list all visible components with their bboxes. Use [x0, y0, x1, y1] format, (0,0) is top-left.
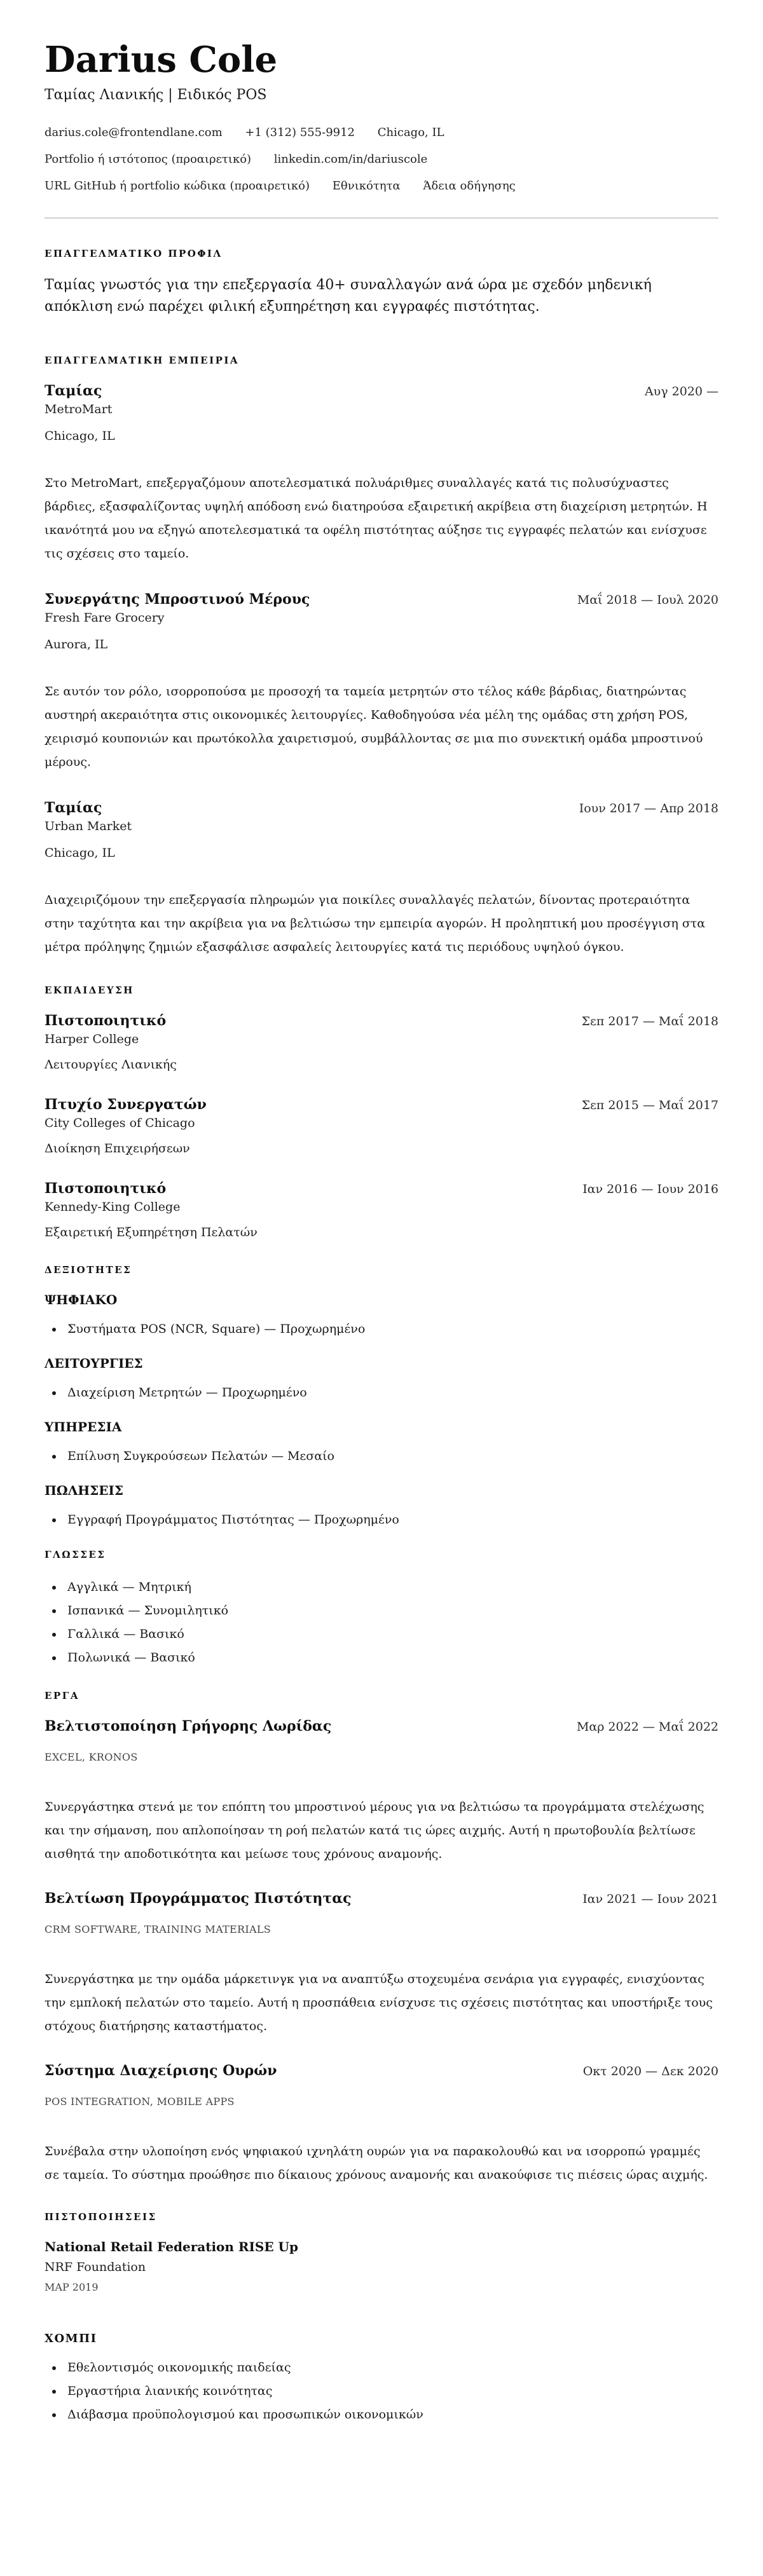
education-entry: ΠιστοποιητικόΣεπ 2017 — Μαΐ 2018Harper C… — [45, 1011, 718, 1073]
project-description: Συνεργάστηκα στενά με τον επόπτη του μπρ… — [45, 1796, 718, 1866]
section-title-certifications: ΠΙΣΤΟΠΟΙΗΣΕΙΣ — [45, 2210, 718, 2224]
project-description: Συνέβαλα στην υλοποίηση ενός ψηφιακού ιχ… — [45, 2140, 718, 2187]
skill-item: Επίλυση Συγκρούσεων Πελατών — Μεσαίο — [64, 1447, 718, 1465]
portfolio-link[interactable]: Portfolio ή ιστότοπος (προαιρετικό) — [45, 153, 251, 166]
hobby-item: Εθελοντισμός οικονομικής παιδείας — [64, 2356, 718, 2380]
project-description: Συνεργάστηκα με την ομάδα μάρκετινγκ για… — [45, 1968, 718, 2038]
education-entry: ΠιστοποιητικόΙαν 2016 — Ιουν 2016Kennedy… — [45, 1179, 718, 1241]
entry-header: ΤαμίαςΑυγ 2020 — — [45, 381, 718, 400]
section-title-hobbies: ΧΟΜΠΙ — [45, 2331, 718, 2347]
school-name: Kennedy-King College — [45, 1198, 718, 1216]
education-entry: Πτυχίο ΣυνεργατώνΣεπ 2015 — Μαΐ 2017City… — [45, 1095, 718, 1157]
email-link[interactable]: darius.cole@frontendlane.com — [45, 126, 223, 139]
degree-title: Πτυχίο Συνεργατών — [45, 1095, 207, 1114]
job-dates: Αυγ 2020 — — [645, 383, 718, 400]
education-dates: Σεπ 2015 — Μαΐ 2017 — [582, 1096, 718, 1114]
project-tech: CRM SOFTWARE, TRAINING MATERIALS — [45, 1922, 718, 1937]
education-section: ΕΚΠΑΙΔΕΥΣΗ ΠιστοποιητικόΣεπ 2017 — Μαΐ 2… — [45, 983, 718, 1241]
field-of-study: Διοίκηση Επιχειρήσεων — [45, 1140, 718, 1157]
certification-name: National Retail Federation RISE Up — [45, 2238, 718, 2256]
project-title: Βελτιστοποίηση Γρήγορης Λωρίδας — [45, 1717, 331, 1736]
school-name: Harper College — [45, 1030, 718, 1048]
skill-item: Εγγραφή Προγράμματος Πιστότητας — Προχωρ… — [64, 1511, 718, 1529]
project-entry: Βελτίωση Προγράμματος ΠιστότηταςΙαν 2021… — [45, 1889, 718, 2038]
job-title: Ταμίας — [45, 381, 102, 400]
certification-entry: National Retail Federation RISE UpNRF Fo… — [45, 2238, 718, 2295]
project-dates: Οκτ 2020 — Δεκ 2020 — [583, 2062, 718, 2080]
languages-section: ΓΛΩΣΣΕΣ Αγγλικά — ΜητρικήΙσπανικά — Συνο… — [45, 1548, 718, 1670]
skill-list: Συστήματα POS (NCR, Square) — Προχωρημέν… — [45, 1320, 718, 1338]
entry-header: Συνεργάτης Μπροστινού ΜέρουςΜαΐ 2018 — Ι… — [45, 590, 718, 609]
entry-header: Βελτιστοποίηση Γρήγορης ΛωρίδαςΜαρ 2022 … — [45, 1717, 718, 1736]
job-description: Σε αυτόν τον ρόλο, ισορροπούσα με προσοχ… — [45, 680, 718, 774]
section-title-profile: ΕΠΑΓΓΕΛΜΑΤΙΚΟ ΠΡΟΦΙΛ — [45, 247, 718, 261]
field-of-study: Λειτουργίες Λιανικής — [45, 1056, 718, 1073]
language-item: Αγγλικά — Μητρική — [64, 1576, 718, 1599]
project-title: Βελτίωση Προγράμματος Πιστότητας — [45, 1889, 352, 1908]
school-name: City Colleges of Chicago — [45, 1114, 718, 1132]
skill-list: Επίλυση Συγκρούσεων Πελατών — Μεσαίο — [45, 1447, 718, 1465]
entry-header: ΠιστοποιητικόΣεπ 2017 — Μαΐ 2018 — [45, 1011, 718, 1030]
contact-row-2: Portfolio ή ιστότοπος (προαιρετικό) link… — [45, 151, 718, 168]
section-title-skills: ΔΕΞΙΟΤΗΤΕΣ — [45, 1263, 718, 1277]
contact-row-3: URL GitHub ή portfolio κώδικα (προαιρετι… — [45, 178, 718, 194]
project-dates: Ιαν 2021 — Ιουν 2021 — [582, 1890, 718, 1908]
header-divider — [45, 217, 718, 219]
company-name: MetroMart — [45, 400, 718, 418]
project-tech: POS INTEGRATION, MOBILE APPS — [45, 2094, 718, 2109]
candidate-name: Darius Cole — [45, 37, 718, 83]
field-of-study: Εξαιρετική Εξυπηρέτηση Πελατών — [45, 1223, 718, 1241]
section-title-languages: ΓΛΩΣΣΕΣ — [45, 1548, 718, 1562]
github-link[interactable]: URL GitHub ή portfolio κώδικα (προαιρετι… — [45, 179, 310, 193]
job-description: Στο MetroMart, επεξεργαζόμουν αποτελεσμα… — [45, 472, 718, 566]
headline: Ταμίας Λιανικής | Ειδικός POS — [45, 85, 718, 106]
entry-header: Σύστημα Διαχείρισης ΟυρώνΟκτ 2020 — Δεκ … — [45, 2061, 718, 2080]
hobby-item: Εργαστήρια λιανικής κοινότητας — [64, 2380, 718, 2403]
experience-entry: ΤαμίαςΑυγ 2020 —MetroMartChicago, ILΣτο … — [45, 381, 718, 566]
projects-section: ΕΡΓΑ Βελτιστοποίηση Γρήγορης ΛωρίδαςΜαρ … — [45, 1689, 718, 2187]
degree-title: Πιστοποιητικό — [45, 1179, 166, 1198]
section-title-experience: ΕΠΑΓΓΕΛΜΑΤΙΚΗ ΕΜΠΕΙΡΙΑ — [45, 353, 718, 367]
skill-group-title: ΠΩΛΗΣΕΙΣ — [45, 1482, 718, 1499]
project-tech: EXCEL, KRONOS — [45, 1750, 718, 1765]
project-entry: Βελτιστοποίηση Γρήγορης ΛωρίδαςΜαρ 2022 … — [45, 1717, 718, 1866]
contact-row-1: darius.cole@frontendlane.com +1 (312) 55… — [45, 125, 718, 141]
hobbies-list: Εθελοντισμός οικονομικής παιδείαςΕργαστή… — [45, 2356, 718, 2427]
nationality: Εθνικότητα — [333, 179, 401, 193]
profile-text: Ταμίας γνωστός για την επεξεργασία 40+ σ… — [45, 275, 718, 318]
entry-header: Βελτίωση Προγράμματος ΠιστότηταςΙαν 2021… — [45, 1889, 718, 1908]
job-location: Chicago, IL — [45, 427, 718, 445]
job-location: Chicago, IL — [45, 844, 718, 862]
certifications-section: ΠΙΣΤΟΠΟΙΗΣΕΙΣ National Retail Federation… — [45, 2210, 718, 2295]
experience-entry: Συνεργάτης Μπροστινού ΜέρουςΜαΐ 2018 — Ι… — [45, 590, 718, 774]
phone-link[interactable]: +1 (312) 555-9912 — [245, 126, 355, 139]
job-title: Συνεργάτης Μπροστινού Μέρους — [45, 590, 310, 609]
driving-license: Άδεια οδήγησης — [423, 179, 515, 193]
job-dates: Μαΐ 2018 — Ιουλ 2020 — [577, 591, 718, 609]
section-title-education: ΕΚΠΑΙΔΕΥΣΗ — [45, 983, 718, 997]
skill-group-title: ΨΗΦΙΑΚΟ — [45, 1291, 718, 1309]
job-location: Aurora, IL — [45, 636, 718, 653]
experience-entry: ΤαμίαςΙουν 2017 — Απρ 2018Urban MarketCh… — [45, 798, 718, 959]
company-name: Fresh Fare Grocery — [45, 609, 718, 627]
certification-date: ΜΑΡ 2019 — [45, 2280, 718, 2295]
skills-section: ΔΕΞΙΟΤΗΤΕΣ ΨΗΦΙΑΚΟΣυστήματα POS (NCR, Sq… — [45, 1263, 718, 1529]
language-item: Πολωνικά — Βασικό — [64, 1646, 718, 1670]
job-title: Ταμίας — [45, 798, 102, 817]
hobby-item: Διάβασμα προϋπολογισμού και προσωπικών ο… — [64, 2403, 718, 2427]
languages-list: Αγγλικά — ΜητρικήΙσπανικά — Συνομιλητικό… — [45, 1576, 718, 1670]
linkedin-link[interactable]: linkedin.com/in/dariuscole — [274, 153, 428, 166]
education-dates: Ιαν 2016 — Ιουν 2016 — [582, 1180, 718, 1198]
degree-title: Πιστοποιητικό — [45, 1011, 166, 1030]
entry-header: Πτυχίο ΣυνεργατώνΣεπ 2015 — Μαΐ 2017 — [45, 1095, 718, 1114]
job-dates: Ιουν 2017 — Απρ 2018 — [579, 800, 718, 817]
company-name: Urban Market — [45, 817, 718, 835]
project-dates: Μαρ 2022 — Μαΐ 2022 — [577, 1718, 718, 1736]
entry-header: ΠιστοποιητικόΙαν 2016 — Ιουν 2016 — [45, 1179, 718, 1198]
profile-section: ΕΠΑΓΓΕΛΜΑΤΙΚΟ ΠΡΟΦΙΛ Ταμίας γνωστός για … — [45, 247, 718, 318]
skill-group-title: ΛΕΙΤΟΥΡΓΙΕΣ — [45, 1354, 718, 1372]
skill-item: Διαχείριση Μετρητών — Προχωρημένο — [64, 1384, 718, 1401]
entry-header: ΤαμίαςΙουν 2017 — Απρ 2018 — [45, 798, 718, 817]
section-title-projects: ΕΡΓΑ — [45, 1689, 718, 1703]
skill-list: Διαχείριση Μετρητών — Προχωρημένο — [45, 1384, 718, 1401]
language-item: Γαλλικά — Βασικό — [64, 1623, 718, 1646]
certification-org: NRF Foundation — [45, 2258, 718, 2276]
location: Chicago, IL — [378, 126, 444, 139]
experience-section: ΕΠΑΓΓΕΛΜΑΤΙΚΗ ΕΜΠΕΙΡΙΑ ΤαμίαςΑυγ 2020 —M… — [45, 353, 718, 959]
hobbies-section: ΧΟΜΠΙ Εθελοντισμός οικονομικής παιδείαςΕ… — [45, 2331, 718, 2427]
language-item: Ισπανικά — Συνομιλητικό — [64, 1599, 718, 1623]
project-title: Σύστημα Διαχείρισης Ουρών — [45, 2061, 277, 2080]
resume-page: Darius Cole Ταμίας Λιανικής | Ειδικός PO… — [0, 0, 763, 2481]
skill-list: Εγγραφή Προγράμματος Πιστότητας — Προχωρ… — [45, 1511, 718, 1529]
job-description: Διαχειριζόμουν την επεξεργασία πληρωμών … — [45, 889, 718, 959]
project-entry: Σύστημα Διαχείρισης ΟυρώνΟκτ 2020 — Δεκ … — [45, 2061, 718, 2187]
skill-item: Συστήματα POS (NCR, Square) — Προχωρημέν… — [64, 1320, 718, 1338]
skill-group-title: ΥΠΗΡΕΣΙΑ — [45, 1418, 718, 1436]
resume-header: Darius Cole Ταμίας Λιανικής | Ειδικός PO… — [45, 37, 718, 194]
education-dates: Σεπ 2017 — Μαΐ 2018 — [582, 1012, 718, 1030]
